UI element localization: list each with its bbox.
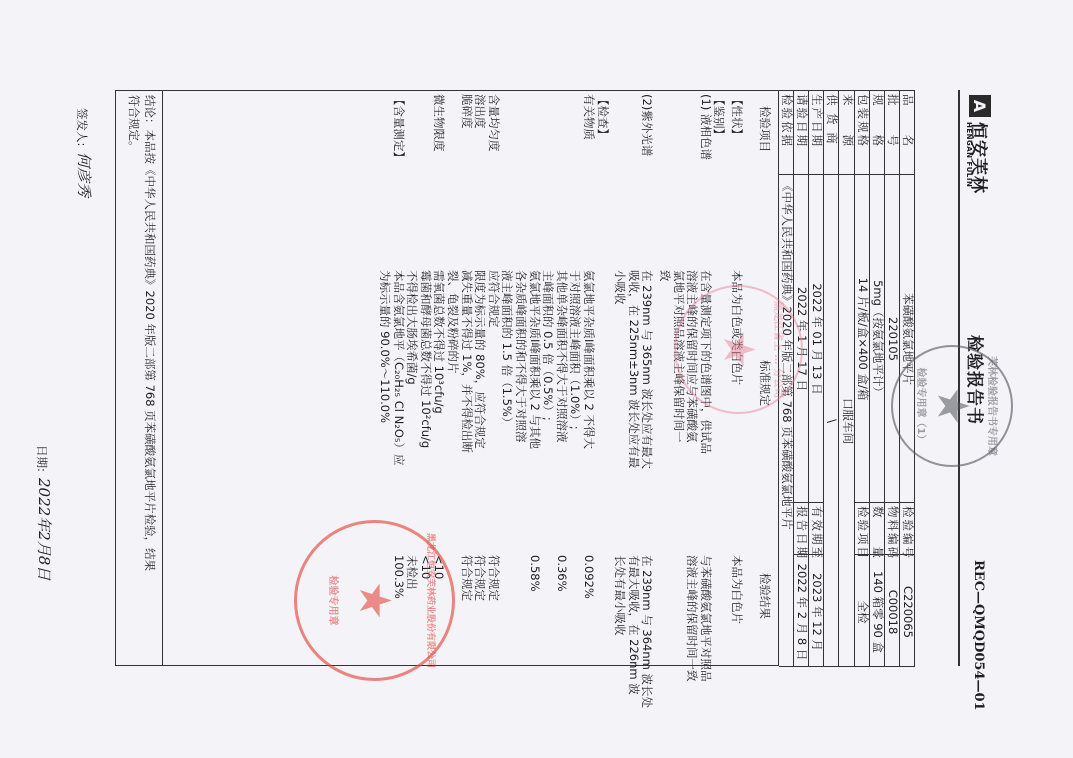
info-label-2: 检验项目 (856, 506, 869, 560)
result-text: 溶液主峰的保留时间一致 (685, 555, 699, 682)
info-label: 批 号 (886, 94, 899, 148)
info-value: 220105 (886, 176, 899, 502)
info-label: 规 格 (871, 94, 884, 148)
standard-text: 霉菌和酵母菌总数不得过 10²cfu/g (418, 270, 432, 448)
signer-signature: 何彦秀 (74, 152, 95, 197)
info-value-2: C00018 (886, 558, 899, 666)
result-text: 符合规定 (473, 555, 487, 601)
standard-text: 各杂质峰面积的和不得大于对照溶 (514, 270, 528, 443)
info-table: 品 名苯磺酸氨氯地平片检验编号C220065批 号220105物料编码C0001… (779, 90, 915, 666)
table-col-line (794, 502, 809, 503)
table-border-left (779, 90, 915, 91)
result-text: 在 239nm 与 364nm 波长处 (640, 555, 654, 708)
info-value-2: 140 箱零 90 盒 (871, 558, 884, 666)
info-value-2: 2022 年 2 月 8 日 (795, 558, 808, 666)
standard-text: 不得检出大肠埃希菌/g (405, 270, 419, 385)
table-border-right (779, 666, 915, 667)
test-item: 脆碎度 (459, 94, 473, 129)
standard-text: 主峰面积的 0.5 倍（0.5%）; (541, 270, 555, 421)
basis-label: 检验依据 (780, 94, 793, 148)
info-value: 苯磺酸氨氯地平片 (901, 176, 914, 502)
company-logo-icon: A (969, 95, 991, 117)
conclusion-text: 结论：本品按《中华人民共和国药典》2020 年版二部第 768 页苯磺酸氨氯地平… (143, 95, 157, 571)
star-icon: ★ (353, 581, 397, 620)
standard-text: 限度为标示量的 80%，应符合规定 (473, 270, 487, 449)
table-col-line (779, 174, 915, 175)
table-col-line (885, 502, 900, 503)
stamp-text: 芙林检验报告书专用章 (986, 356, 1001, 456)
table-col-line (870, 554, 885, 555)
test-item: 【检查】 (595, 94, 609, 140)
stamp-text: 黑龙江省上 … 分公司 (772, 301, 787, 398)
test-item: 【含量测定】 (391, 94, 405, 163)
star-icon: ★ (930, 386, 974, 425)
table-col-line (794, 554, 809, 555)
table-col-line (900, 502, 915, 503)
info-value-2: 全检 (856, 558, 869, 666)
table-row-line (839, 90, 840, 666)
result-text: 符合规定 (486, 555, 500, 601)
info-value: 14 片/板/盒×400 盒/箱 (856, 176, 869, 502)
date-label: 日期: (35, 445, 49, 472)
gray-company-stamp: ★ 芙林检验报告书专用章 检验专用章（1） (891, 345, 1013, 467)
info-value: 口服车间 (841, 176, 854, 666)
signer-label: 签发人: (75, 108, 89, 146)
standard-text: 在 239nm 与 365nm 波长处应有最大 (640, 270, 654, 469)
test-item: 有关物质 (582, 94, 596, 140)
inspection-report-page: A 恒安芙林 HENGAN FULIN 检验报告书 REC—QMQD054—01… (0, 0, 1073, 758)
test-item: (2)紫外光谱 (640, 94, 654, 156)
star-icon: ★ (717, 330, 761, 369)
company-name-en: HENGAN FULIN (965, 122, 973, 187)
info-label: 包装规格 (856, 94, 869, 148)
info-value: 2022 年 01 月 13 日 (810, 176, 823, 502)
conclusion-text-2: 符合规定。 (127, 95, 141, 153)
standard-text: 需氧菌总数不得过 10³cfu/g (432, 270, 446, 414)
info-label: 生产日期 (810, 94, 823, 148)
red-inspection-stamp: ★ 黑龙江恒安芙林药业股份有限公司 检验专用章 (294, 520, 455, 681)
info-value-2: C220065 (901, 558, 914, 666)
standard-text: 氨氯地平杂质Ⅰ峰面积乘以 2 不得大 (582, 270, 596, 449)
table-row-line (854, 90, 855, 666)
stamp-subtext: 检验专用章 (327, 576, 342, 626)
header-result: 检验结果 (758, 573, 772, 619)
standard-text: 本品含氨氯地平（C₂₀H₂₅ Cl N₂O₅）应 (391, 270, 405, 466)
standard-text: 裂、龟裂及粉碎的片 (446, 270, 460, 374)
standard-text: 致 (658, 270, 672, 282)
table-col-line (809, 554, 824, 555)
table-col-line (870, 502, 885, 503)
test-item: (1) 液相色谱 (698, 94, 712, 160)
handwritten-date: 2022年2月8日 (34, 478, 55, 580)
standard-text: 氨氯地平杂质Ⅰ峰面积乘以 2 与其他 (527, 270, 541, 449)
standard-text: 其他单杂峰面积不得大于对照溶液 (554, 270, 568, 443)
test-item: 【性状】 (730, 94, 744, 140)
table-col-line (855, 554, 870, 555)
conclusion-box: 结论：本品按《中华人民共和国药典》2020 年版二部第 768 页苯磺酸氨氯地平… (115, 90, 163, 666)
result-text: 有最大吸收，在 226nm 波 (626, 555, 640, 695)
result-text: 与苯磺酸氨氯地平对照品 (698, 555, 712, 682)
table-col-line (809, 502, 824, 503)
standard-text: 为标示量的 90.0%～110.0% (378, 270, 392, 423)
test-item: 溶出度 (473, 94, 487, 129)
result-text: 符合规定 (459, 555, 473, 601)
test-item: 含量均匀度 (486, 94, 500, 152)
stamp-text: 黑龙江恒安芙林药业股份有限公司 (425, 533, 438, 668)
standard-text: 于对照溶液主峰面积（1.0%）; (568, 270, 582, 430)
standard-text: 吸收，在 225nm±3nm 波长处应有最 (626, 270, 640, 468)
standard-text: 应符合规定 (486, 270, 500, 328)
document-code: REC—QMQD054—01 (971, 560, 986, 711)
info-label-2: 物料编码 (886, 506, 899, 560)
standard-text: 液主峰面积的 1.5 倍（1.5%） (500, 270, 514, 428)
pink-company-stamp: ★ 黑龙江省上 … 分公司 (674, 285, 803, 414)
info-label-2: 数 量 (871, 506, 884, 560)
info-label: 品 名 (901, 94, 914, 148)
info-label-2: 有效期至 (810, 506, 823, 560)
info-label: 来 源 (841, 94, 854, 148)
result-text: 0.36% (554, 555, 568, 592)
stamp-subtext: 检验专用章（1） (915, 368, 930, 445)
result-text: 0.58% (527, 555, 541, 592)
result-text: 长处有最小吸收 (613, 555, 627, 636)
header-item: 检验项目 (758, 106, 772, 152)
table-col-line (885, 554, 900, 555)
table-col-line (900, 554, 915, 555)
info-value: 5mg（按氨氯地平计） (871, 176, 884, 502)
result-text: 本品为白色片 (730, 555, 744, 624)
test-item: 微生物限度 (432, 94, 446, 152)
result-text: 0.092% (582, 555, 596, 599)
info-value: \ (826, 176, 839, 666)
info-label: 供 货 商 (826, 94, 839, 146)
info-value-2: 2023 年 12 月 (810, 558, 823, 666)
standard-text: 减失重量不得过 1%，并不得检出断 (459, 270, 473, 453)
table-col-line (855, 502, 870, 503)
info-label: 请验日期 (795, 94, 808, 148)
test-item: 【鉴别】 (712, 94, 726, 140)
info-label-2: 报告日期 (795, 506, 808, 560)
standard-text: 小吸收 (613, 270, 627, 305)
info-label-2: 检验编号 (901, 506, 914, 560)
